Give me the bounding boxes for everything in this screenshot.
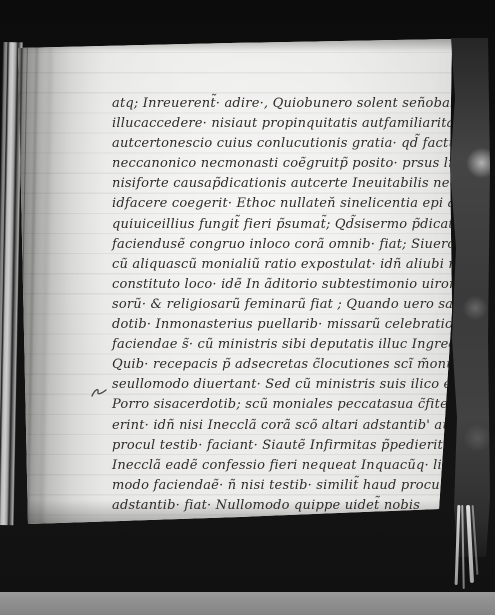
text-line: quiuiceillius fungit̃ fieri p̃sumat̃; Qd… [112,215,464,235]
text-line: modo faciendaẽ· ñ nisi testib· similit̃ … [112,476,464,496]
text-line: nisiforte causap̃dicationis autcerte Ine… [112,174,464,194]
manuscript-photo: atq; Inreuerent̃· adire·, Quiobunero sol… [0,0,495,615]
text-line: atq; Inreuerent̃· adire·, Quiobunero sol… [112,94,464,114]
page-top-edge-shadow [0,36,495,52]
ribbon-strand [455,505,461,585]
text-line: seullomodo diuertant· Sed cũ ministris s… [112,375,464,395]
photo-bottom-bar [0,592,495,615]
text-block: atq; Inreuerent̃· adire·, Quiobunero sol… [112,94,464,516]
margin-squiggle-icon [90,385,110,401]
text-line: constituto loco· idẽ In ãditorio subtest… [112,275,464,295]
text-line: faciendae s̃· cũ ministris sibi deputati… [112,335,464,355]
ribbon-strand [461,505,464,589]
text-line: autcertonescio cuius conlucutionis grati… [112,134,464,154]
text-line: adstantib· fiat· Nullomodo quippe uidet̃… [112,496,464,516]
text-line: idfacere coegerit· Ethoc nullaten̆ sinel… [112,194,464,214]
manuscript-page: atq; Inreuerent̃· adire·, Quiobunero sol… [0,0,495,560]
text-line: Quib· recepacis p̃ adsecretas c̃locution… [112,355,464,375]
text-line: illucaccedere· nisiaut propinquitatis au… [112,114,464,134]
text-line: faciendusẽ congruo inloco corã omnib· fi… [112,235,464,255]
fore-edge-pages [448,38,490,557]
text-line: cũ aliquascũ monialiũ ratio expostulat· … [112,255,464,275]
text-line: procul testib· faciant· Siautẽ Infirmita… [112,436,464,456]
page-ribbons [453,505,479,589]
text-line: erint· idñ nisi Inecclã corã scõ altari … [112,416,464,436]
gutter-shadow [10,36,105,531]
text-line: dotib· Inmonasterius puellarib· missarũ … [112,315,464,335]
text-line: neccanonico necmonasti coẽgruitp̃ posito… [112,154,464,174]
text-line: Inecclã eadẽ confessio fieri nequeat Inq… [112,456,464,476]
text-line: Porro sisacerdotib; scũ moniales peccata… [112,395,464,415]
text-line: sorũ· & religiosarũ feminarũ fiat ; Quan… [112,295,464,315]
